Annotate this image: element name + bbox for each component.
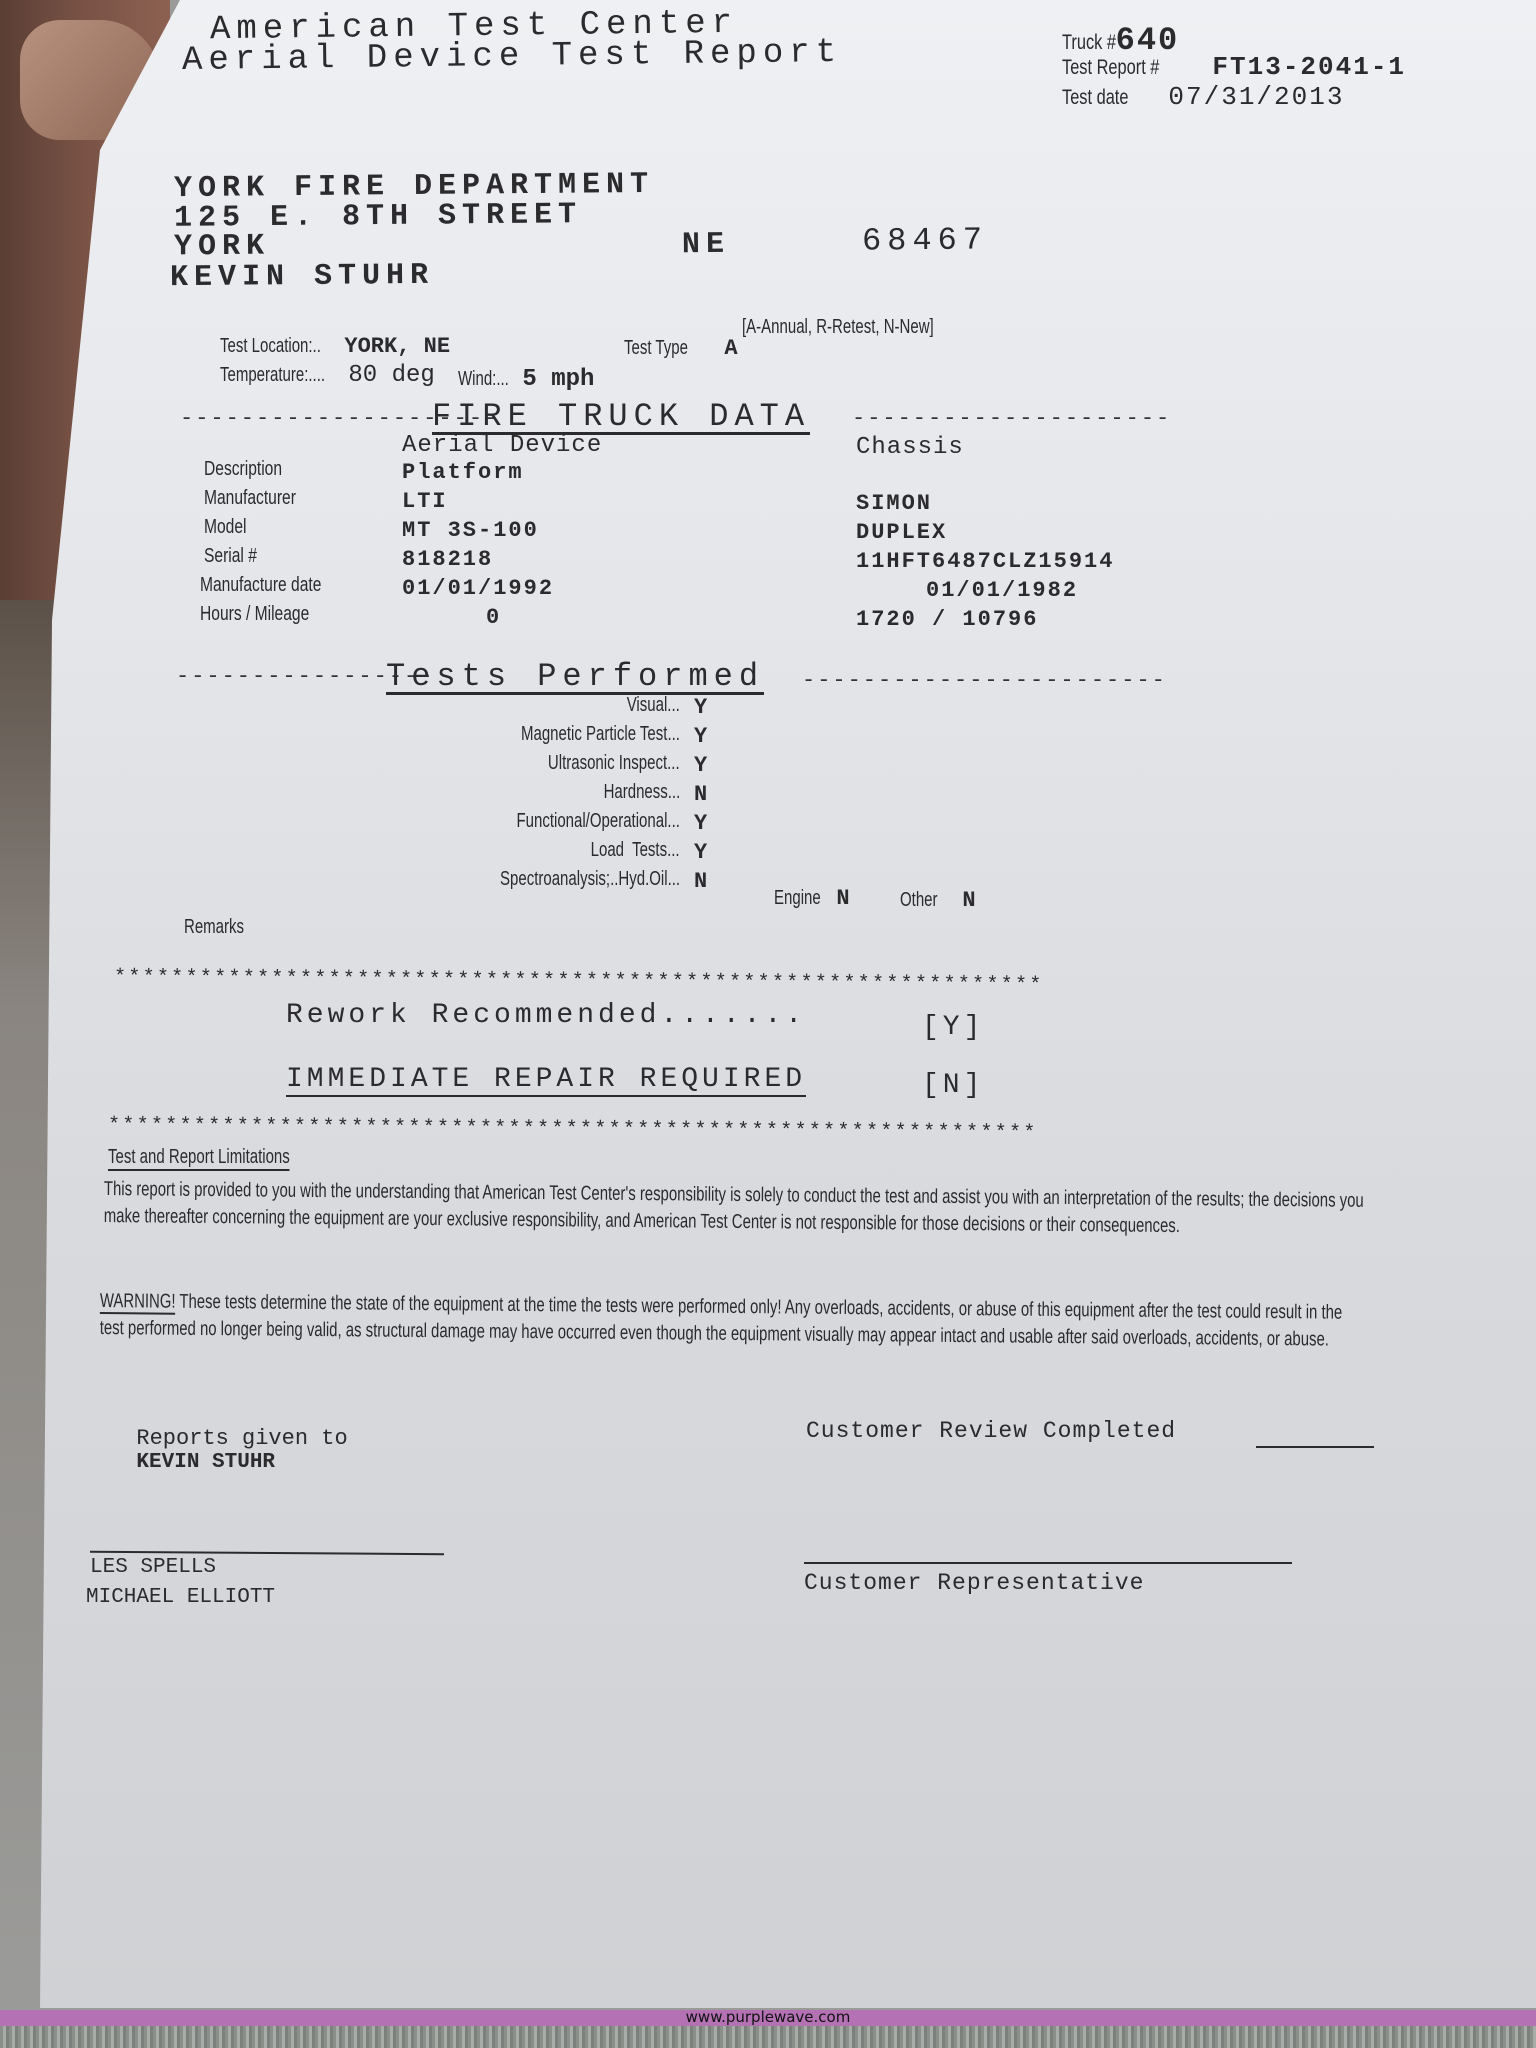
test-label: Magnetic Particle Test... — [521, 723, 680, 746]
chassis-value: SIMON — [856, 491, 932, 516]
truck-row-label: Serial # — [204, 545, 257, 568]
chassis-value: DUPLEX — [856, 520, 947, 545]
rework-recommended-value: [Y] — [922, 1012, 984, 1043]
truck-row-label: Hours / Mileage — [200, 603, 309, 626]
limitations-heading: Test and Report Limitations — [108, 1146, 290, 1171]
test-label: Visual... — [627, 694, 680, 717]
truck-row-label: Manufacture date — [200, 574, 321, 597]
wind-value: 5 mph — [522, 366, 594, 393]
other-value: N — [962, 888, 975, 913]
reports-given-to: Reports given to KEVIN STUHR — [98, 1408, 348, 1492]
report-page: American Test Center Aerial Device Test … — [40, 0, 1536, 2008]
wind-label: Wind:... — [458, 368, 506, 391]
chassis-value: 1720 / 10796 — [856, 607, 1038, 632]
inspector-1: LES SPELLS — [90, 1556, 216, 1579]
star-divider: ****************************************… — [108, 1114, 1038, 1145]
warning-label: WARNING! — [100, 1290, 176, 1315]
test-type-legend: [A-Annual, R-Retest, N-New] — [742, 316, 934, 339]
aerial-value: Platform — [402, 460, 524, 485]
truck-row-label: Model — [204, 516, 246, 539]
temperature: Temperature:....80 deg — [182, 344, 435, 407]
watermark-text: www.purplewave.com — [0, 2008, 1536, 2026]
divider-right: --------------------- — [852, 406, 1171, 431]
aerial-value: MT 3S-100 — [402, 518, 539, 543]
test-label: Load Tests... — [591, 839, 680, 862]
aerial-value: 818218 — [402, 547, 493, 572]
reports-given-value: KEVIN STUHR — [136, 1451, 275, 1474]
customer-contact: KEVIN STUHR — [170, 259, 434, 295]
tests-performed-title: Tests Performed — [386, 662, 764, 695]
col-chassis: Chassis — [856, 434, 964, 461]
customer-rep-signature-line[interactable] — [804, 1562, 1292, 1564]
test-label: Hardness... — [603, 781, 680, 804]
customer-zip: 68467 — [862, 221, 988, 259]
rework-recommended-label: Rework Recommended....... — [286, 1000, 806, 1031]
reports-given-label: Reports given to — [136, 1426, 347, 1451]
limitations-body: This report is provided to you with the … — [104, 1176, 1371, 1242]
other-label: Other — [900, 889, 947, 912]
aerial-value: 0 — [486, 605, 501, 630]
report-title: Aerial Device Test Report — [182, 34, 843, 80]
test-date-row: Test date07/31/2013 — [1024, 64, 1344, 130]
chassis-value: 11HFT6487CLZ15914 — [856, 549, 1114, 574]
chassis-value: 01/01/1982 — [926, 578, 1078, 603]
truck-data-title: FIRE TRUCK DATA — [432, 402, 810, 435]
remarks-label: Remarks — [184, 916, 244, 939]
temperature-label: Temperature:.... — [220, 364, 316, 387]
test-value: Y — [694, 811, 707, 836]
warning-body: These tests determine the state of the e… — [100, 1291, 1343, 1351]
test-value: Y — [694, 724, 707, 749]
warning-paragraph: WARNING! These tests determine the state… — [100, 1288, 1367, 1354]
customer-city: YORK — [174, 230, 270, 265]
immediate-repair-label: IMMEDIATE REPAIR REQUIRED — [286, 1064, 806, 1097]
test-label: Spectroanalysis;..Hyd.Oil... — [500, 868, 680, 891]
engine-test: EngineN — [736, 868, 850, 929]
test-value: N — [694, 869, 707, 894]
test-date-label: Test date — [1062, 86, 1145, 110]
divider-right: ------------------------ — [802, 668, 1167, 693]
test-label: Functional/Operational... — [517, 810, 680, 833]
customer-review-line[interactable] — [1256, 1446, 1374, 1448]
test-value: N — [694, 782, 707, 807]
col-aerial-device: Aerial Device — [402, 432, 602, 459]
engine-label: Engine — [774, 887, 821, 910]
inspector-signature-line[interactable] — [90, 1551, 444, 1555]
test-type-label: Test Type — [624, 337, 699, 360]
floor-background — [0, 2026, 1536, 2048]
customer-state: NE — [682, 228, 730, 262]
engine-value: N — [836, 886, 849, 911]
test-label: Ultrasonic Inspect... — [548, 752, 680, 775]
test-value: Y — [694, 840, 707, 865]
star-divider: ****************************************… — [114, 966, 1044, 997]
test-type: Test TypeA — [586, 318, 738, 379]
test-value: Y — [694, 695, 707, 720]
test-value: Y — [694, 753, 707, 778]
aerial-value: LTI — [402, 489, 448, 514]
truck-row-label: Manufacturer — [204, 487, 296, 510]
truck-row-label: Description — [204, 458, 282, 481]
test-date: 07/31/2013 — [1168, 82, 1344, 112]
immediate-repair-value: [N] — [922, 1070, 984, 1101]
test-type-value: A — [724, 336, 737, 361]
customer-rep-label: Customer Representative — [804, 1570, 1144, 1596]
aerial-value: 01/01/1992 — [402, 576, 554, 601]
inspector-2: MICHAEL ELLIOTT — [86, 1586, 275, 1609]
customer-review-label: Customer Review Completed — [806, 1418, 1176, 1444]
other-test: OtherN — [862, 870, 976, 931]
